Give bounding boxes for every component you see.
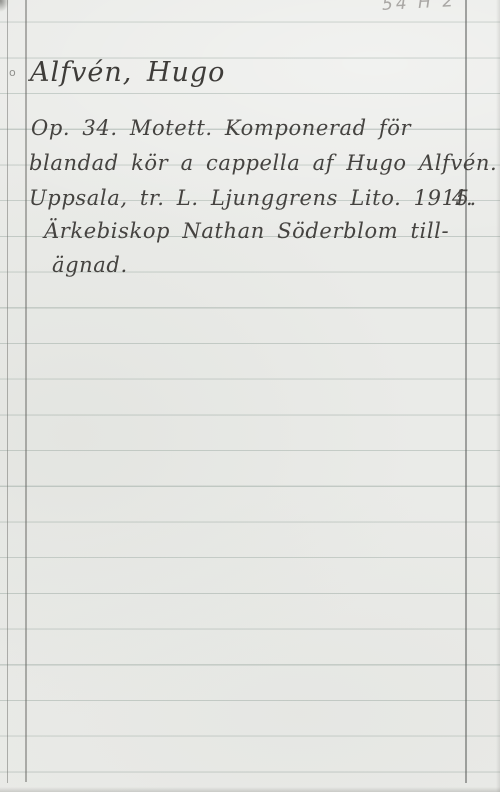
shelfmark-pencil: 54 H 2 [382,0,457,15]
right-margin-line [465,0,467,783]
left-margin-line [25,0,27,782]
card-text-line-2: blandad kör a cappella af Hugo Alfvén. [29,151,497,175]
card-heading: Alfvén, Hugo [30,57,225,88]
left-edge-line [7,0,8,783]
card-text-line-1: Op. 34. Motett. Komponerad för [31,116,411,140]
card-text-line-4: Ärkebiskop Nathan Söderblom till- [44,219,449,243]
card-text-line-5: ägnad. [52,253,128,277]
scan-shadow-right [496,0,500,792]
margin-circle-mark: o [9,66,16,79]
scan-artifact-top-left [0,0,9,12]
card-text-line-3: Uppsala, tr. L. Ljunggrens Lito. 1915. 4… [29,186,477,210]
catalog-card-scan: 54 H 2 o Alfvén, Hugo Op. 34. Motett. Ko… [0,0,500,792]
format-mark: 4. [452,186,473,210]
scan-shadow-bottom [0,787,500,792]
imprint-text: Uppsala, tr. L. Ljunggrens Lito. 1915. [29,186,477,210]
